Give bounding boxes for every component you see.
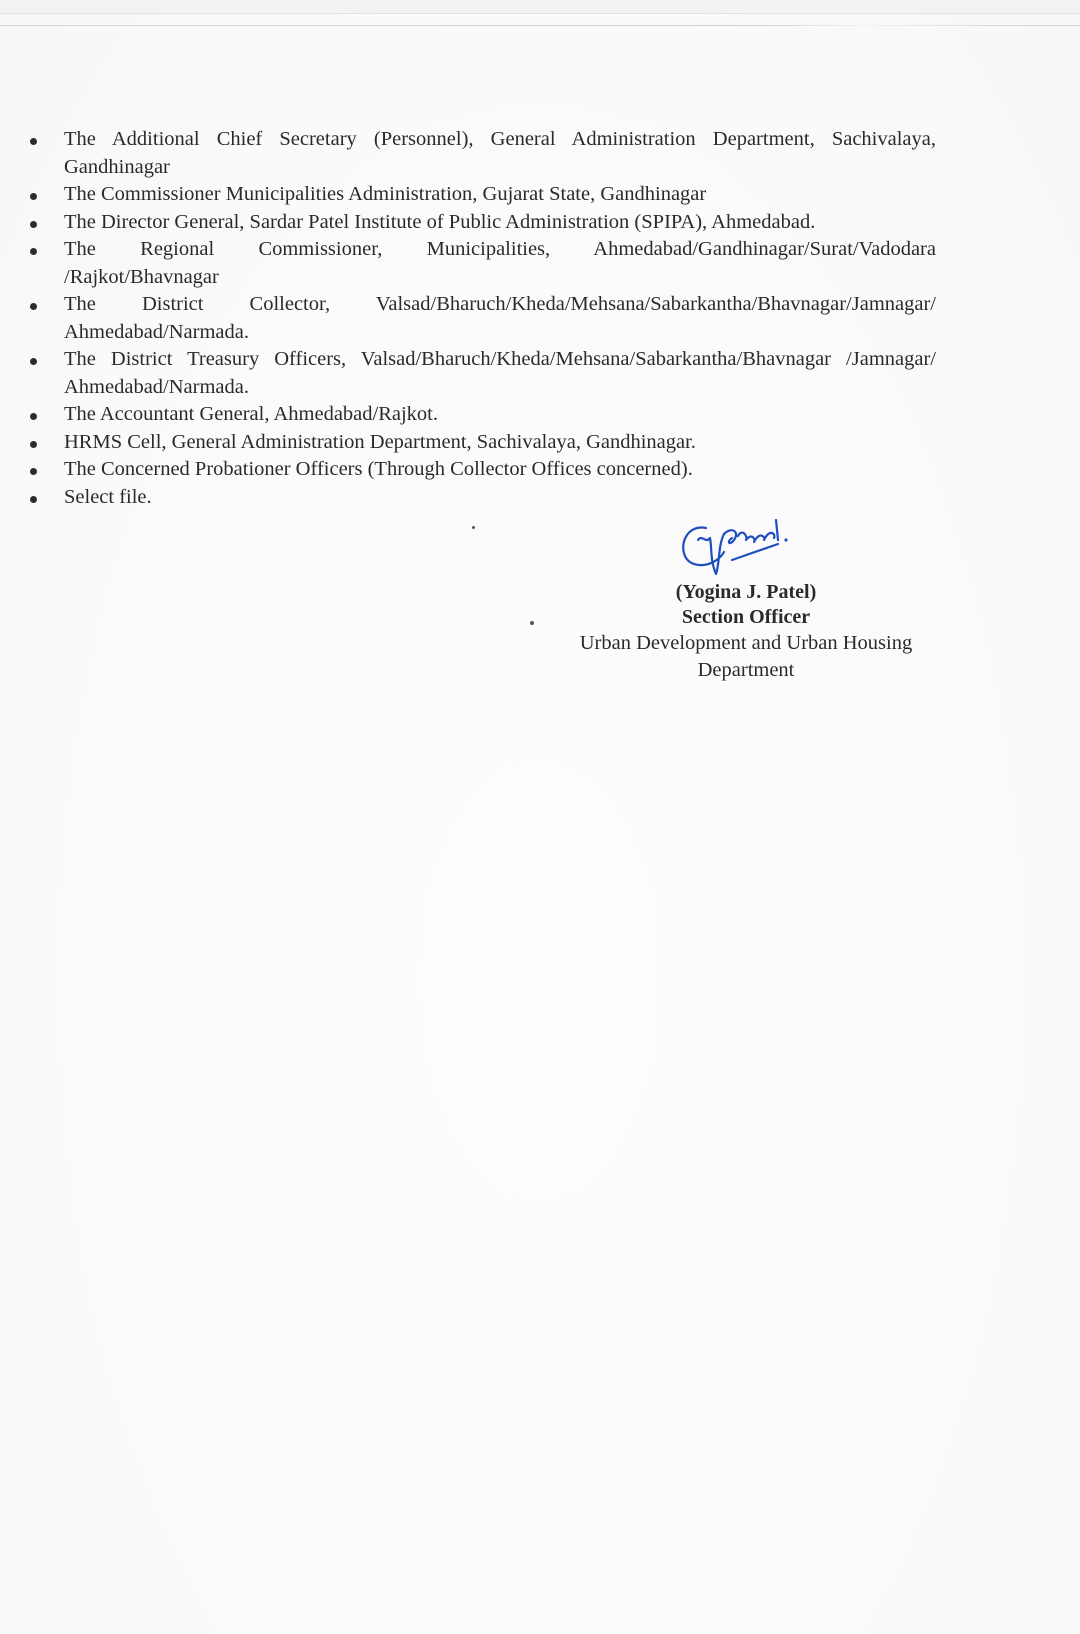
list-item: The Accountant General, Ahmedabad/Rajkot…: [26, 401, 936, 429]
list-item: HRMS Cell, General Administration Depart…: [26, 429, 936, 457]
bullet-icon: [30, 496, 37, 503]
signature-block: (Yogina J. Patel) Section Officer Urban …: [556, 510, 936, 684]
list-item: The District Treasury Officers, Valsad/B…: [26, 346, 936, 401]
handwritten-signature-icon: [666, 510, 826, 580]
signatory-designation: Section Officer: [556, 605, 936, 630]
bullet-icon: [30, 248, 37, 255]
bullet-icon: [30, 221, 37, 228]
list-item: The Concerned Probationer Officers (Thro…: [26, 456, 936, 484]
bullet-icon: [30, 358, 37, 365]
scan-speck: [530, 621, 534, 625]
signatory-department: Urban Development and Urban Housing Depa…: [556, 630, 936, 684]
viewer-top-bar: [0, 0, 1080, 14]
scan-speck: [472, 526, 475, 529]
list-item: The Director General, Sardar Patel Insti…: [26, 209, 936, 237]
bullet-icon: [30, 303, 37, 310]
bullet-icon: [30, 441, 37, 448]
list-item: Select file.: [26, 484, 936, 512]
list-item: The Regional Commissioner, Municipalitie…: [26, 236, 936, 291]
signatory-name: (Yogina J. Patel): [556, 580, 936, 605]
bullet-icon: [30, 468, 37, 475]
bullet-icon: [30, 193, 37, 200]
list-item: The Additional Chief Secretary (Personne…: [26, 126, 936, 181]
list-item: The Commissioner Municipalities Administ…: [26, 181, 936, 209]
distribution-list: The Additional Chief Secretary (Personne…: [26, 126, 936, 511]
scan-edge-line: [0, 25, 1080, 26]
bullet-icon: [30, 138, 37, 145]
bullet-icon: [30, 413, 37, 420]
list-item: The District Collector, Valsad/Bharuch/K…: [26, 291, 936, 346]
